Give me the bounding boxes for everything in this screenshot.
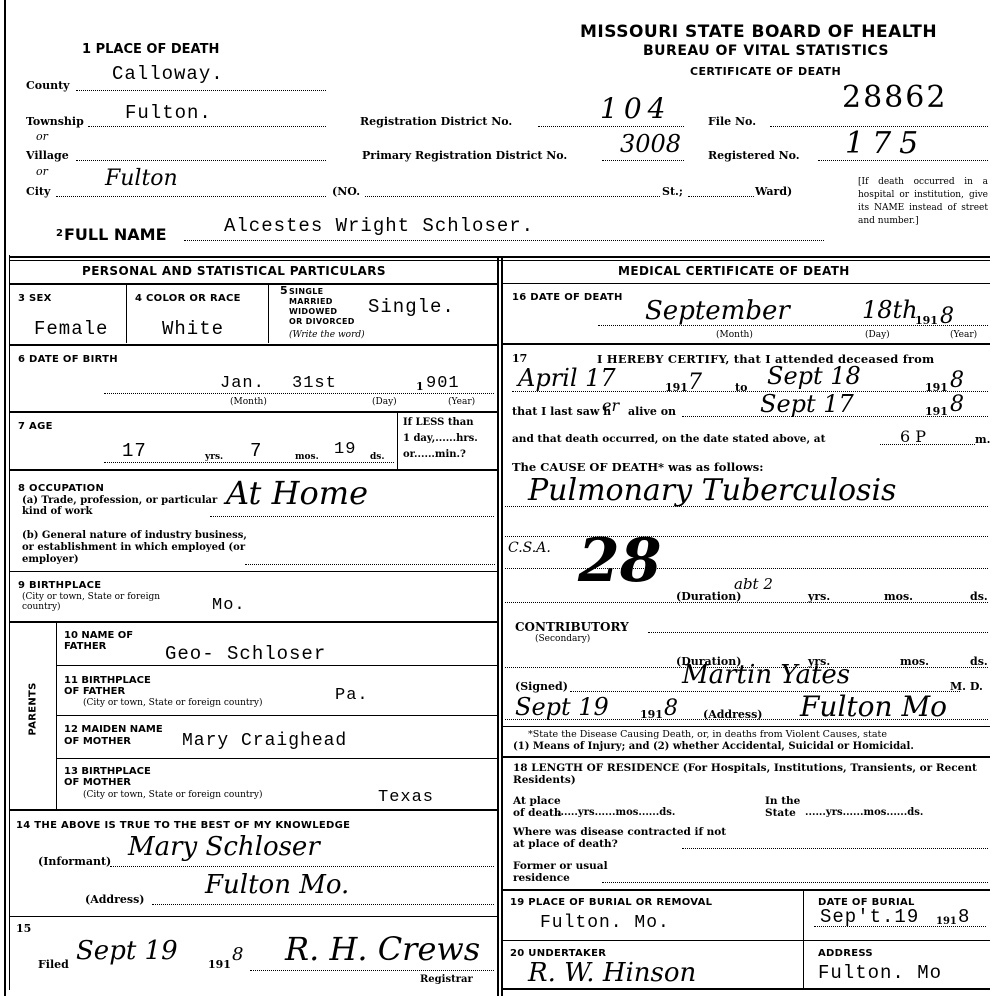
informant-label: (Informant) xyxy=(38,855,111,868)
row-cause-bottom xyxy=(501,756,990,758)
filed-year-value: 8 xyxy=(232,944,243,965)
or-label-2: or xyxy=(36,165,48,178)
physician-address-label: (Address) xyxy=(703,708,763,721)
board-title: MISSOURI STATE BOARD OF HEALTH xyxy=(580,22,937,42)
cause-label: The CAUSE OF DEATH* was as follows: xyxy=(512,460,763,474)
or-label-1: or xyxy=(36,130,48,143)
father-name-label: 10 NAME OF FATHER xyxy=(64,630,149,652)
dod-label: 16 DATE OF DEATH xyxy=(512,292,623,303)
occupation-a-value: At Home xyxy=(226,474,368,512)
signed-year-prefix: 191 xyxy=(640,708,663,721)
last-saw-year-prefix: 191 xyxy=(925,405,948,418)
county-value: Calloway. xyxy=(112,63,224,85)
row-mother-bottom xyxy=(56,758,497,759)
medical-title-bottom xyxy=(501,283,990,284)
mother-birthplace-value: Texas xyxy=(378,788,434,807)
md-label: M. D. xyxy=(950,680,983,693)
secondary-label: (Secondary) xyxy=(535,634,590,644)
place-of-death-heading: 1 PLACE OF DEATH xyxy=(82,42,219,57)
less-than-line-2: 1 day,......hrs. xyxy=(403,431,478,447)
row-dob-bottom xyxy=(10,411,497,413)
personal-title-bottom xyxy=(10,283,497,285)
less-than-line-1: If LESS than xyxy=(403,415,478,431)
occupation-b-line xyxy=(245,564,495,565)
street-label: St.; xyxy=(662,185,683,198)
filed-year-prefix: 191 xyxy=(208,958,231,971)
registrar-signature: R. H. Crews xyxy=(285,930,480,968)
burial-divider xyxy=(803,889,804,989)
row-residence-bottom xyxy=(501,889,990,891)
age-months-value: 7 xyxy=(250,440,262,462)
in-state-units: ......yrs......mos......ds. xyxy=(805,807,923,818)
informant-signature: Mary Schloser xyxy=(128,832,320,862)
file-no-label: File No. xyxy=(708,115,756,128)
registration-district-line xyxy=(538,126,684,127)
alive-on-label: alive on xyxy=(628,405,676,418)
dob-line xyxy=(104,393,494,394)
death-time-line xyxy=(880,444,975,445)
signed-date-value: Sept 19 xyxy=(515,693,609,721)
registrar-line xyxy=(250,970,494,971)
city-label: City xyxy=(26,185,50,198)
dob-year-value: 901 xyxy=(426,374,460,393)
filed-label: Filed xyxy=(38,958,69,971)
burial-year-value: 8 xyxy=(958,906,970,928)
undertaker-address-label: ADDRESS xyxy=(818,948,873,959)
contributory-line xyxy=(648,632,988,633)
full-name-label: FULL NAME xyxy=(64,225,167,244)
primary-district-line xyxy=(602,160,684,161)
duration2-mos-label: mos. xyxy=(900,655,929,668)
race-marital-divider xyxy=(268,283,269,343)
dod-month-value: September xyxy=(645,296,790,326)
occupation-b-label: (b) General nature of industry business,… xyxy=(22,530,252,566)
row-birthplace-bottom xyxy=(10,621,497,623)
signed-year-value: 8 xyxy=(664,696,678,721)
death-time-value: 6 P xyxy=(900,427,926,446)
registered-no-label: Registered No. xyxy=(708,149,800,162)
occupation-a-line xyxy=(210,516,494,517)
row-father-birthplace-bottom xyxy=(56,715,497,716)
last-saw-pronoun: er xyxy=(602,396,619,415)
attended-to-year-prefix: 191 xyxy=(925,381,948,394)
burial-place-value: Fulton. Mo. xyxy=(540,913,670,933)
cause-code-value: 28 xyxy=(578,526,662,596)
age-days-value: 19 xyxy=(334,440,356,459)
former-residence-label: Former or usual residence xyxy=(513,860,633,884)
age-days-caption: ds. xyxy=(370,452,385,462)
duration-line xyxy=(505,602,988,603)
residence-heading: 18 LENGTH OF RESIDENCE (For Hospitals, I… xyxy=(513,762,983,786)
dob-year-caption: (Year) xyxy=(448,397,475,407)
mother-name-value: Mary Craighead xyxy=(182,731,347,751)
mother-name-label: 12 MAIDEN NAME OF MOTHER xyxy=(64,724,174,748)
table-bottom-border xyxy=(501,988,990,990)
age-label: 7 AGE xyxy=(18,421,53,432)
marital-write-note: (Write the word) xyxy=(289,330,365,340)
city-line xyxy=(56,196,326,197)
footnote-top xyxy=(501,726,990,727)
last-saw-date-value: Sept 17 xyxy=(760,390,854,418)
father-birthplace-label: 11 BIRTHPLACE OF FATHER xyxy=(64,675,164,697)
marital-option-single: SINGLE xyxy=(289,287,355,297)
dod-year-caption: (Year) xyxy=(950,330,977,340)
bureau-title: BUREAU OF VITAL STATISTICS xyxy=(643,43,889,59)
duration-ds-label: ds. xyxy=(970,590,988,603)
to-label: to xyxy=(735,381,747,394)
contracted-line xyxy=(682,848,988,849)
certificate-title: CERTIFICATE OF DEATH xyxy=(690,65,841,78)
less-than-day-box: If LESS than 1 day,......hrs. or......mi… xyxy=(403,415,478,463)
marital-value: Single. xyxy=(368,296,455,318)
township-label: Township xyxy=(26,115,84,128)
primary-district-value: 3008 xyxy=(620,130,681,158)
row-age-bottom xyxy=(10,469,497,471)
duration-yrs-label: yrs. xyxy=(808,590,830,603)
burial-date-value: Sep't.19 xyxy=(820,906,919,928)
dod-day-value: 18th xyxy=(862,296,918,324)
registered-no-value: 175 xyxy=(845,126,926,161)
row-sex-bottom xyxy=(10,344,497,346)
birthplace-label: 9 BIRTHPLACE xyxy=(18,580,101,591)
dob-day-value: 31st xyxy=(292,374,337,393)
dod-day-caption: (Day) xyxy=(865,330,890,340)
center-divider-right xyxy=(501,256,503,996)
at-place-units: ......yrs......mos......ds. xyxy=(557,807,675,818)
dob-day-caption: (Day) xyxy=(372,397,397,407)
row-informant-bottom xyxy=(10,916,497,917)
table-top-border xyxy=(10,256,990,258)
registrar-label: Registrar xyxy=(420,974,473,985)
cause-code-margin: C.S.A. xyxy=(508,540,551,556)
duration-value: abt 2 xyxy=(734,575,773,593)
occupation-label: 8 OCCUPATION xyxy=(18,483,104,494)
duration-label: (Duration) xyxy=(676,590,741,603)
full-name-line xyxy=(184,240,824,241)
birthplace-value: Mo. xyxy=(212,596,246,615)
occupation-a-label: (a) Trade, profession, or particular kin… xyxy=(22,495,222,517)
township-value: Fulton. xyxy=(125,102,212,124)
burial-year-prefix: 191 xyxy=(936,916,957,927)
sex-race-divider xyxy=(126,283,127,343)
age-months-caption: mos. xyxy=(295,452,319,462)
race-label: 4 COLOR OR RACE xyxy=(135,293,241,304)
dod-year-prefix: 191 xyxy=(915,314,938,327)
dod-month-caption: (Month) xyxy=(716,330,753,340)
death-time-suffix: m. xyxy=(975,433,990,446)
dod-year-value: 8 xyxy=(940,304,954,329)
street-line xyxy=(365,196,660,197)
undertaker-address-value: Fulton. Mo xyxy=(818,962,942,984)
county-line xyxy=(76,90,326,91)
ward-line xyxy=(688,196,754,197)
file-no-value: 28862 xyxy=(842,80,947,115)
informant-address-value: Fulton Mo. xyxy=(205,870,349,900)
street-no-label: (NO. xyxy=(332,185,360,198)
duration-mos-label: mos. xyxy=(884,590,913,603)
contributory-label: CONTRIBUTORY xyxy=(515,620,629,634)
father-birthplace-value: Pa. xyxy=(335,686,369,705)
signed-label: (Signed) xyxy=(515,680,568,693)
marital-option-divorced: OR DIVORCED xyxy=(289,317,355,327)
row-parents-bottom xyxy=(10,809,497,811)
death-time-label: and that death occurred, on the date sta… xyxy=(512,433,825,445)
registration-district-value: 104 xyxy=(600,92,671,125)
attended-to-value: Sept 18 xyxy=(767,362,861,390)
informant-line xyxy=(110,866,494,867)
registration-district-label: Registration District No. xyxy=(360,115,512,128)
marital-label-number: 5 xyxy=(280,284,288,297)
parents-vertical-label: PARENTS xyxy=(28,696,39,736)
township-line xyxy=(88,126,326,127)
burial-place-label: 19 PLACE OF BURIAL OR REMOVAL xyxy=(510,897,712,908)
contracted-label: Where was disease contracted if not at p… xyxy=(513,826,733,850)
attended-from-year-value: 7 xyxy=(688,370,702,395)
filed-number: 15 xyxy=(16,922,31,935)
cause-value: Pulmonary Tuberculosis xyxy=(528,473,896,508)
row-father-bottom xyxy=(56,665,497,666)
dob-label: 6 DATE OF BIRTH xyxy=(18,354,118,365)
marital-label-lines: SINGLE MARRIED WIDOWED OR DIVORCED xyxy=(289,287,355,327)
undertaker-signature: R. W. Hinson xyxy=(528,958,696,988)
last-saw-label: that I last saw h xyxy=(512,405,611,418)
personal-section-title: PERSONAL AND STATISTICAL PARTICULARS xyxy=(82,264,386,278)
physician-address-value: Fulton Mo xyxy=(800,690,947,723)
sex-value: Female xyxy=(34,318,108,340)
birthplace-sublabel: (City or town, State or foreign country) xyxy=(22,592,162,612)
dob-month-value: Jan. xyxy=(220,374,265,393)
age-years-value: 17 xyxy=(122,440,147,462)
age-line xyxy=(104,462,394,463)
informant-address-label: (Address) xyxy=(85,893,145,906)
duration2-ds-label: ds. xyxy=(970,655,988,668)
attended-to-year-value: 8 xyxy=(950,368,964,393)
father-birthplace-sublabel: (City or town, State or foreign country) xyxy=(83,698,262,708)
age-less-divider xyxy=(397,411,398,469)
full-name-value: Alcestes Wright Schloser. xyxy=(224,215,534,237)
table-top-border-2 xyxy=(10,260,990,261)
row-occupation-bottom xyxy=(10,571,497,572)
father-name-value: Geo- Schloser xyxy=(165,643,326,665)
outer-left-border xyxy=(4,0,6,996)
hospital-note: [If death occurred in a hospital or inst… xyxy=(858,176,988,228)
attended-from-year-prefix: 191 xyxy=(665,381,688,394)
marital-option-married: MARRIED xyxy=(289,297,355,307)
mother-birthplace-label: 13 BIRTHPLACE OF MOTHER xyxy=(64,766,164,788)
primary-district-label: Primary Registration District No. xyxy=(362,149,567,162)
physician-signature: Martin Yates xyxy=(682,660,850,690)
row-burial-bottom xyxy=(501,940,990,941)
sex-label: 3 SEX xyxy=(18,293,52,304)
father-name-label-text: 10 NAME OF FATHER xyxy=(64,630,149,652)
former-residence-line xyxy=(602,882,988,883)
informant-address-line xyxy=(152,904,494,905)
race-value: White xyxy=(162,318,224,340)
village-label: Village xyxy=(26,149,69,162)
marital-option-widowed: WIDOWED xyxy=(289,307,355,317)
age-years-caption: yrs. xyxy=(205,452,223,462)
certify-text: I HEREBY CERTIFY, that I attended deceas… xyxy=(597,352,934,366)
ward-label: Ward) xyxy=(755,185,792,198)
dob-month-caption: (Month) xyxy=(230,397,267,407)
informant-heading: 14 THE ABOVE IS TRUE TO THE BEST OF MY K… xyxy=(16,820,350,831)
row-dod-bottom xyxy=(501,343,990,345)
dob-year-prefix: 1 xyxy=(416,380,424,393)
footnote-line-1: *State the Disease Causing Death, or, in… xyxy=(528,729,887,740)
county-label: County xyxy=(26,79,70,92)
footnote-line-2: (1) Means of Injury; and (2) whether Acc… xyxy=(513,741,914,752)
less-than-line-3: or......min.? xyxy=(403,447,478,463)
medical-section-title: MEDICAL CERTIFICATE OF DEATH xyxy=(618,264,850,278)
village-line xyxy=(76,160,326,161)
city-value: Fulton xyxy=(105,166,178,191)
mother-birthplace-sublabel: (City or town, State or foreign country) xyxy=(83,790,262,800)
last-saw-year-value: 8 xyxy=(950,392,964,417)
filed-date-value: Sept 19 xyxy=(76,936,178,966)
center-divider-left xyxy=(497,256,499,996)
attended-from-value: April 17 xyxy=(518,364,616,392)
full-name-number: 2 xyxy=(56,228,63,239)
